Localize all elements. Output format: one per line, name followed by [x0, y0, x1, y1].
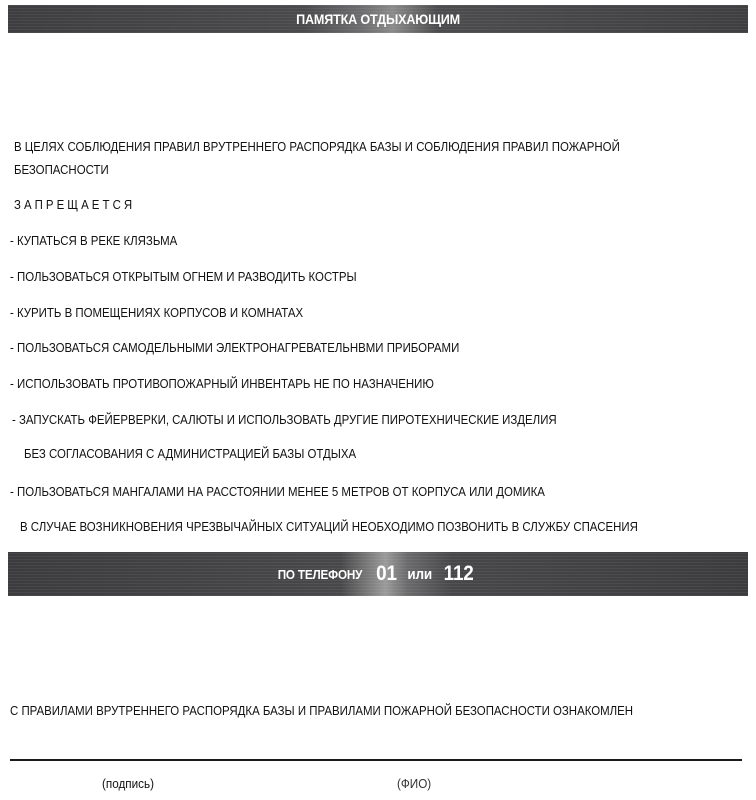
signature-line [10, 759, 742, 761]
rule-item: - КУПАТЬСЯ В РЕКЕ КЛЯЗЬМА [10, 233, 177, 249]
rule-item: - ИСПОЛЬЗОВАТЬ ПРОТИВОПОЖАРНЫЙ ИНВЕНТАРЬ… [10, 376, 434, 392]
phone-number-secondary: 112 [443, 562, 473, 586]
rule-item: - ПОЛЬЗОВАТЬСЯ САМОДЕЛЬНЫМИ ЭЛЕКТРОНАГРЕ… [10, 340, 459, 356]
phone-banner: ПО ТЕЛЕФОНУ 01 или 112 [8, 552, 748, 596]
header-banner: ПАМЯТКА ОТДЫХАЮЩИМ [8, 5, 748, 33]
phone-number-primary: 01 [376, 562, 397, 586]
page-title: ПАМЯТКА ОТДЫХАЮЩИМ [296, 11, 460, 27]
acknowledgement-text: С ПРАВИЛАМИ ВРУТРЕННЕГО РАСПОРЯДКА БАЗЫ … [10, 703, 633, 719]
emergency-text: В СЛУЧАЕ ВОЗНИКНОВЕНИЯ ЧРЕЗВЫЧАЙНЫХ СИТУ… [20, 519, 638, 535]
phone-label: ПО ТЕЛЕФОНУ [278, 567, 363, 582]
rule-item: - КУРИТЬ В ПОМЕЩЕНИЯХ КОРПУСОВ И КОМНАТА… [10, 305, 303, 321]
prohibited-heading: ЗАПРЕЩАЕТСЯ [14, 197, 135, 213]
phone-or: или [408, 566, 433, 583]
intro-line-1: В ЦЕЛЯХ СОБЛЮДЕНИЯ ПРАВИЛ ВРУТРЕННЕГО РА… [14, 139, 620, 155]
rule-item: - ПОЛЬЗОВАТЬСЯ ОТКРЫТЫМ ОГНЕМ И РАЗВОДИТ… [10, 269, 357, 285]
name-caption: (ФИО) [397, 776, 431, 791]
intro-line-2: БЕЗОПАСНОСТИ [14, 162, 109, 178]
rule-item: - ЗАПУСКАТЬ ФЕЙЕРВЕРКИ, САЛЮТЫ И ИСПОЛЬЗ… [12, 412, 557, 428]
signature-caption: (подпись) [102, 776, 154, 791]
rule-item: - ПОЛЬЗОВАТЬСЯ МАНГАЛАМИ НА РАССТОЯНИИ М… [10, 484, 545, 500]
rule-item-continuation: БЕЗ СОГЛАСОВАНИЯ С АДМИНИСТРАЦИЕЙ БАЗЫ О… [24, 446, 356, 462]
